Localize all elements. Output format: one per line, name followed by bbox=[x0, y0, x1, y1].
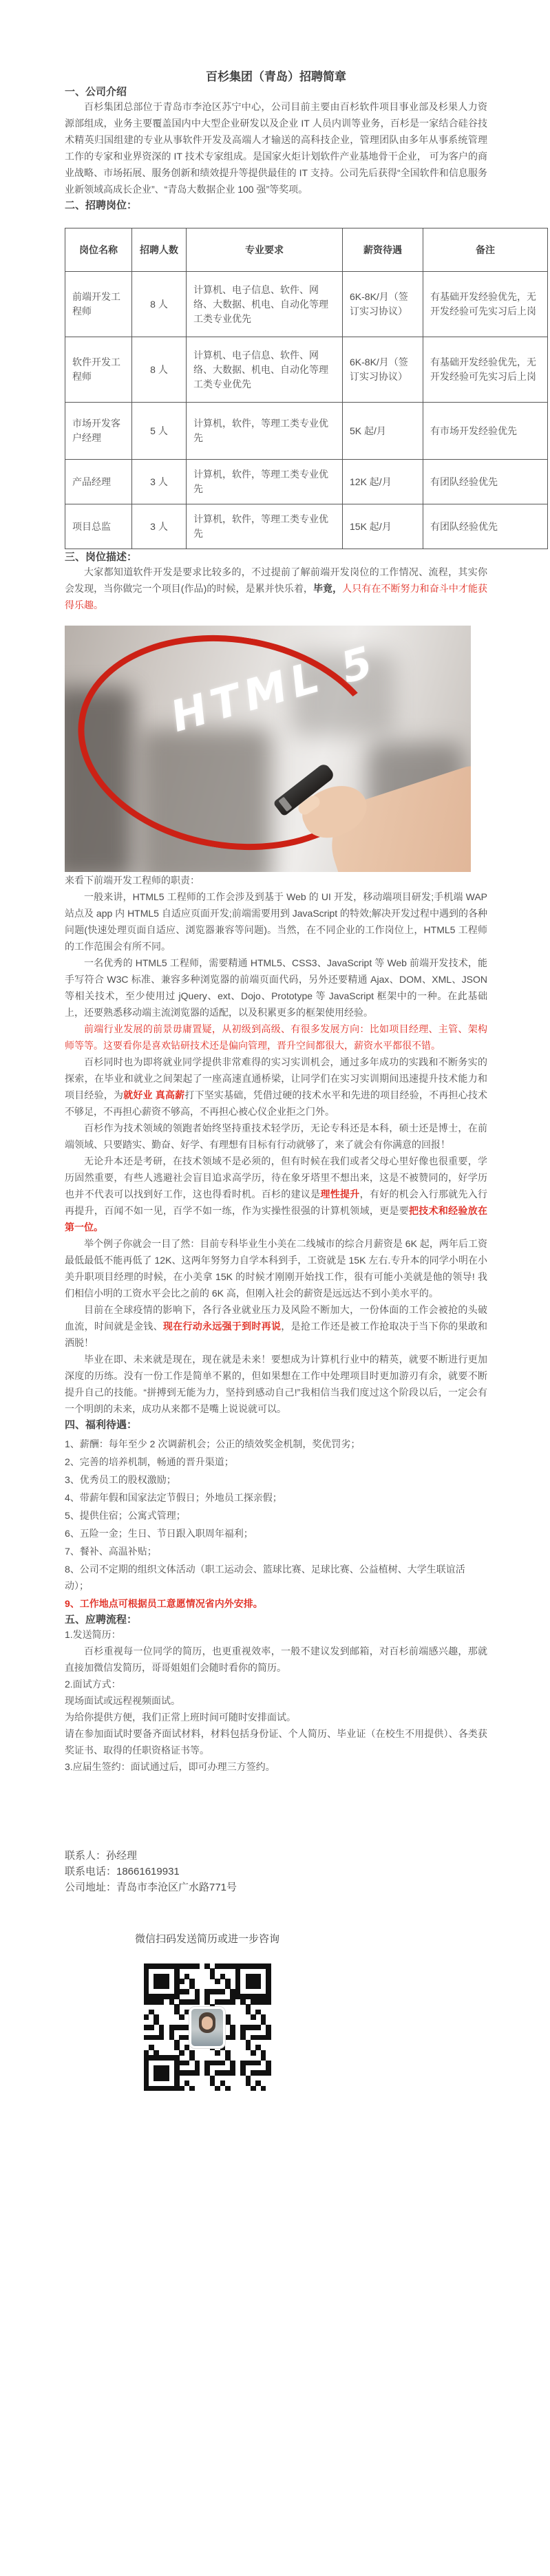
table-row: 市场开发客户经理 5 人 计算机，软件，等理工类专业优先 5K 起/月 有市场开… bbox=[65, 403, 548, 460]
welfare-item: 4、带薪年假和国家法定节假日；外地员工探亲假； bbox=[65, 1489, 487, 1506]
col-header-salary: 薪资待遇 bbox=[343, 228, 423, 272]
contact-person: 联系人：孙经理 bbox=[65, 1848, 487, 1864]
process-step1-text: 百杉重视每一位同学的简历，也更重视效率，一般不建议发到邮箱，对百杉前端感兴趣，那… bbox=[65, 1643, 487, 1676]
cell-headcount: 5 人 bbox=[132, 403, 187, 460]
description-paragraph-3-red: 前端行业发展的前景毋庸置疑，从初级到高级、有很多发展方向：比如项目经理、主管、架… bbox=[65, 1021, 487, 1054]
process-step2-line1: 现场面试或远程视频面试。 bbox=[65, 1692, 487, 1709]
contact-phone: 联系电话：18661619931 bbox=[65, 1864, 487, 1880]
cell-note: 有团队经验优先 bbox=[423, 504, 548, 549]
cell-position: 产品经理 bbox=[65, 460, 132, 504]
intro-bold-text: 毕竟， bbox=[313, 583, 342, 594]
process-step2-title: 2.面试方式： bbox=[65, 1676, 487, 1692]
cell-headcount: 8 人 bbox=[132, 272, 187, 337]
description-paragraph-9: 毕业在即、未来就是现在，现在就是未来！要想成为计算机行业中的精英，就要不断进行更… bbox=[65, 1351, 487, 1417]
table-row: 产品经理 3 人 计算机，软件，等理工类专业优先 12K 起/月 有团队经验优先 bbox=[65, 460, 548, 504]
table-row: 前端开发工程师 8 人 计算机、电子信息、软件、网络、大数据、机电、自动化等理工… bbox=[65, 272, 548, 337]
welfare-item: 8、公司不定期的组织文体活动（职工运动会、篮球比赛、足球比赛、公益植树、大学生联… bbox=[65, 1561, 487, 1594]
p4-red-highlight: 就好业 真高薪 bbox=[123, 1089, 184, 1100]
col-header-headcount: 招聘人数 bbox=[132, 228, 187, 272]
welfare-list: 1、薪酬：每年至少 2 次调薪机会；公正的绩效奖金机制，奖优罚劣； 2、完善的培… bbox=[65, 1436, 487, 1612]
description-paragraph-4: 百杉同时也为即将就业同学提供非常难得的实习实训机会，通过多年成功的实践和不断务实… bbox=[65, 1054, 487, 1120]
welfare-item: 5、提供住宿；公寓式管理； bbox=[65, 1507, 487, 1524]
cell-major: 计算机，软件，等理工类专业优先 bbox=[187, 403, 343, 460]
cell-position: 项目总监 bbox=[65, 504, 132, 549]
process-step2-line3: 请在参加面试时要备齐面试材料，材料包括身份证、个人简历、毕业证（在校生不用提供）… bbox=[65, 1725, 487, 1758]
welfare-item: 7、餐补、高温补贴； bbox=[65, 1543, 487, 1560]
cell-salary: 5K 起/月 bbox=[343, 403, 423, 460]
process-step2-line2: 为给你提供方便，我们正常上班时间可随时安排面试。 bbox=[65, 1709, 487, 1725]
section-heading-positions: 二、招聘岗位： bbox=[65, 198, 487, 212]
cell-salary: 12K 起/月 bbox=[343, 460, 423, 504]
cell-major: 计算机、电子信息、软件、网络、大数据、机电、自动化等理工类专业优先 bbox=[187, 337, 343, 403]
company-intro-paragraph: 百杉集团总部位于青岛市李沧区苏宁中心，公司目前主要由百杉软件项目事业部及杉果人力… bbox=[65, 98, 487, 198]
html5-promo-photo: HTML 5 bbox=[65, 626, 471, 872]
cell-major: 计算机，软件，等理工类专业优先 bbox=[187, 504, 343, 549]
cell-salary: 15K 起/月 bbox=[343, 504, 423, 549]
process-step3: 3.应届生签约：面试通过后，即可办理三方签约。 bbox=[65, 1758, 487, 1775]
table-row: 项目总监 3 人 计算机，软件，等理工类专业优先 15K 起/月 有团队经验优先 bbox=[65, 504, 548, 549]
page-title: 百杉集团（青岛）招聘简章 bbox=[65, 67, 487, 84]
cell-headcount: 3 人 bbox=[132, 460, 187, 504]
description-intro-paragraph: 大家都知道软件开发是要求比较多的，不过提前了解前端开发岗位的工作情况、流程，其实… bbox=[65, 564, 487, 613]
duty-lead-line: 来看下前端开发工程师的职责： bbox=[65, 872, 487, 888]
cell-note: 有团队经验优先 bbox=[423, 460, 548, 504]
description-paragraph-8: 目前在全球疫情的影响下，各行各业就业压力及风险不断加大，一份体面的工作会被抢的头… bbox=[65, 1301, 487, 1351]
qr-code bbox=[144, 1963, 271, 2091]
welfare-item-red: 9、工作地点可根据员工意愿情况省内外安排。 bbox=[65, 1595, 487, 1612]
cell-position: 软件开发工程师 bbox=[65, 337, 132, 403]
table-row: 软件开发工程师 8 人 计算机、电子信息、软件、网络、大数据、机电、自动化等理工… bbox=[65, 337, 548, 403]
p6-red-highlight-1: 理性提升 bbox=[320, 1189, 359, 1200]
positions-table: 岗位名称 招聘人数 专业要求 薪资待遇 备注 前端开发工程师 8 人 计算机、电… bbox=[65, 228, 548, 549]
cell-note: 有市场开发经验优先 bbox=[423, 403, 548, 460]
qr-avatar-photo bbox=[189, 2007, 225, 2048]
section-heading-welfare: 四、福利待遇： bbox=[65, 1417, 487, 1431]
cell-note: 有基础开发经验优先，无开发经验可先实习后上岗 bbox=[423, 337, 548, 403]
cell-position: 市场开发客户经理 bbox=[65, 403, 132, 460]
cell-headcount: 8 人 bbox=[132, 337, 187, 403]
welfare-item: 3、优秀员工的股权激励； bbox=[65, 1471, 487, 1488]
description-paragraph-1: 一般来讲，HTML5 工程师的工作会涉及到基于 Web 的 UI 开发，移动端项… bbox=[65, 888, 487, 955]
section-heading-company: 一、公司介绍 bbox=[65, 84, 487, 98]
contact-address: 公司地址：青岛市李沧区广水路771号 bbox=[65, 1880, 487, 1895]
section-heading-process: 五、应聘流程： bbox=[65, 1612, 487, 1626]
description-paragraph-6: 无论升本还是考研，在技术领域不是必须的，但有时候在我们或者父母心里好像也很重要，… bbox=[65, 1153, 487, 1235]
cell-salary: 6K-8K/月（签订实习协议） bbox=[343, 272, 423, 337]
document-page: 百杉集团（青岛）招聘简章 一、公司介绍 百杉集团总部位于青岛市李沧区苏宁中心，公… bbox=[65, 0, 487, 2094]
description-paragraph-5: 百杉作为技术领域的领跑者始终坚持重技术轻学历，无论专科还是本科，硕士还是博士，在… bbox=[65, 1120, 487, 1153]
col-header-note: 备注 bbox=[423, 228, 548, 272]
qr-caption: 微信扫码发送简历或进一步咨询 bbox=[0, 1931, 419, 1946]
section-heading-description: 三、岗位描述： bbox=[65, 549, 487, 564]
welfare-item: 6、五险一金；生日、节日跟入职周年福利； bbox=[65, 1525, 487, 1542]
cell-note: 有基础开发经验优先，无开发经验可先实习后上岗 bbox=[423, 272, 548, 337]
col-header-position: 岗位名称 bbox=[65, 228, 132, 272]
cell-major: 计算机、电子信息、软件、网络、大数据、机电、自动化等理工类专业优先 bbox=[187, 272, 343, 337]
table-header-row: 岗位名称 招聘人数 专业要求 薪资待遇 备注 bbox=[65, 228, 548, 272]
welfare-item: 1、薪酬：每年至少 2 次调薪机会；公正的绩效奖金机制，奖优罚劣； bbox=[65, 1436, 487, 1452]
contact-block: 联系人：孙经理 联系电话：18661619931 公司地址：青岛市李沧区广水路7… bbox=[65, 1848, 487, 1895]
cell-salary: 6K-8K/月（签订实习协议） bbox=[343, 337, 423, 403]
cell-major: 计算机，软件，等理工类专业优先 bbox=[187, 460, 343, 504]
col-header-major: 专业要求 bbox=[187, 228, 343, 272]
qr-section: 微信扫码发送简历或进一步咨询 bbox=[0, 1931, 419, 2094]
welfare-item: 2、完善的培养机制，畅通的晋升渠道； bbox=[65, 1454, 487, 1470]
process-step1-title: 1.发送简历： bbox=[65, 1626, 487, 1643]
description-paragraph-2: 一名优秀的 HTML5 工程师，需要精通 HTML5、CSS3、JavaScri… bbox=[65, 955, 487, 1021]
description-paragraph-7: 举个例子你就会一目了然：目前专科毕业生小美在二线城市的综合月薪资是 6K 起，两… bbox=[65, 1235, 487, 1301]
p8-red-highlight: 现在行动永远强于到时再说 bbox=[163, 1321, 281, 1332]
cell-headcount: 3 人 bbox=[132, 504, 187, 549]
cell-position: 前端开发工程师 bbox=[65, 272, 132, 337]
